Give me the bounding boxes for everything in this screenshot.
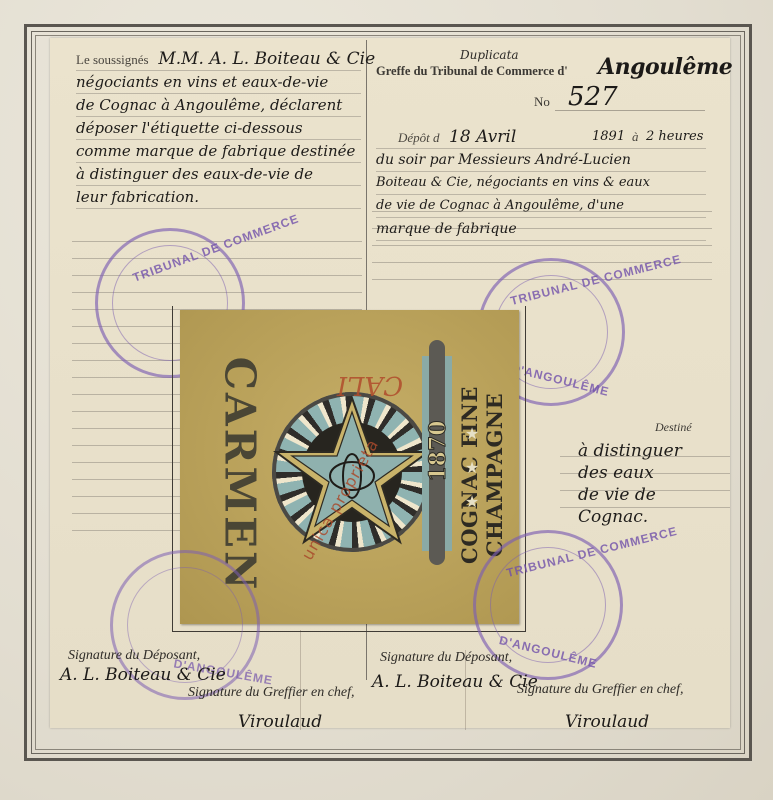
handwritten-text: comme marque de fabrique destinée xyxy=(76,140,361,163)
label-year: 1870 xyxy=(425,416,451,486)
handwritten-text: à distinguer xyxy=(578,440,728,462)
star-icon: ★ xyxy=(462,418,482,452)
handwritten-text: à distinguer des eaux-de-vie de xyxy=(76,163,361,186)
signature-depositor: A. L. Boiteau & Cie xyxy=(60,665,226,685)
signature-clerk: Viroulaud xyxy=(565,712,649,732)
deposit-date: 18 Avril xyxy=(449,127,516,147)
number-label: No xyxy=(534,94,550,110)
stamp-text: D'ANGOULÊME xyxy=(498,633,599,671)
signature-clerk: Viroulaud xyxy=(238,712,322,732)
handwritten-text: Cognac. xyxy=(578,506,728,528)
left-declaration: Le soussignés M.M. A. L. Boiteau & Cie n… xyxy=(76,48,361,209)
star-icon: ★ xyxy=(462,486,482,520)
record-number: 527 xyxy=(568,82,618,112)
deposit-year: 1891 xyxy=(592,126,625,148)
label-stars: ★ ★ ★ xyxy=(462,418,482,520)
court-label: Greffe du Tribunal de Commerce d' xyxy=(376,64,568,79)
handwritten-text: Boiteau & Cie, négociants en vins & eaux xyxy=(376,172,706,195)
deposit-line: Dépôt d 18 Avril 1891 à 2 heures xyxy=(376,126,706,149)
handwritten-text: marque de fabrique xyxy=(376,218,706,241)
handwritten-text: déposer l'étiquette ci-dessous xyxy=(76,117,361,140)
court-city: Angoulême xyxy=(598,54,732,80)
signature-depositor-label: Signature du Déposant, xyxy=(380,650,512,666)
signature-clerk-label: Signature du Greffier en chef, xyxy=(188,685,355,701)
signature-depositor-label: Signature du Déposant, xyxy=(68,648,200,664)
declaration-line: Le soussignés M.M. A. L. Boiteau & Cie xyxy=(76,48,361,71)
destine-label: Destiné xyxy=(655,420,692,435)
deposit-time-prefix: à xyxy=(632,126,639,148)
destine-text: à distinguer des eaux de vie de Cognac. xyxy=(578,440,728,528)
star-icon: ★ xyxy=(462,452,482,486)
signature-clerk-label: Signature du Greffier en chef, xyxy=(517,682,684,698)
handwritten-text: M.M. A. L. Boiteau & Cie xyxy=(158,49,375,69)
deposit-time: 2 heures xyxy=(646,126,703,148)
deposit-label: Dépôt d xyxy=(398,130,440,145)
handwritten-text: leur fabrication. xyxy=(76,186,361,209)
printed-intro: Le soussignés xyxy=(76,52,149,67)
handwritten-text: de vie de Cognac à Angoulême, d'une xyxy=(376,195,706,218)
right-deposit-record: Dépôt d 18 Avril 1891 à 2 heures du soir… xyxy=(376,126,706,241)
duplicata-note: Duplicata xyxy=(460,48,519,62)
handwritten-text: du soir par Messieurs André-Lucien xyxy=(376,149,706,172)
handwritten-text: de vie de xyxy=(578,484,728,506)
signature-depositor: A. L. Boiteau & Cie xyxy=(372,672,538,692)
handwritten-text: négociants en vins et eaux-de-vie xyxy=(76,71,361,94)
handwritten-text: des eaux xyxy=(578,462,728,484)
handwritten-text: de Cognac à Angoulême, déclarent xyxy=(76,94,361,117)
